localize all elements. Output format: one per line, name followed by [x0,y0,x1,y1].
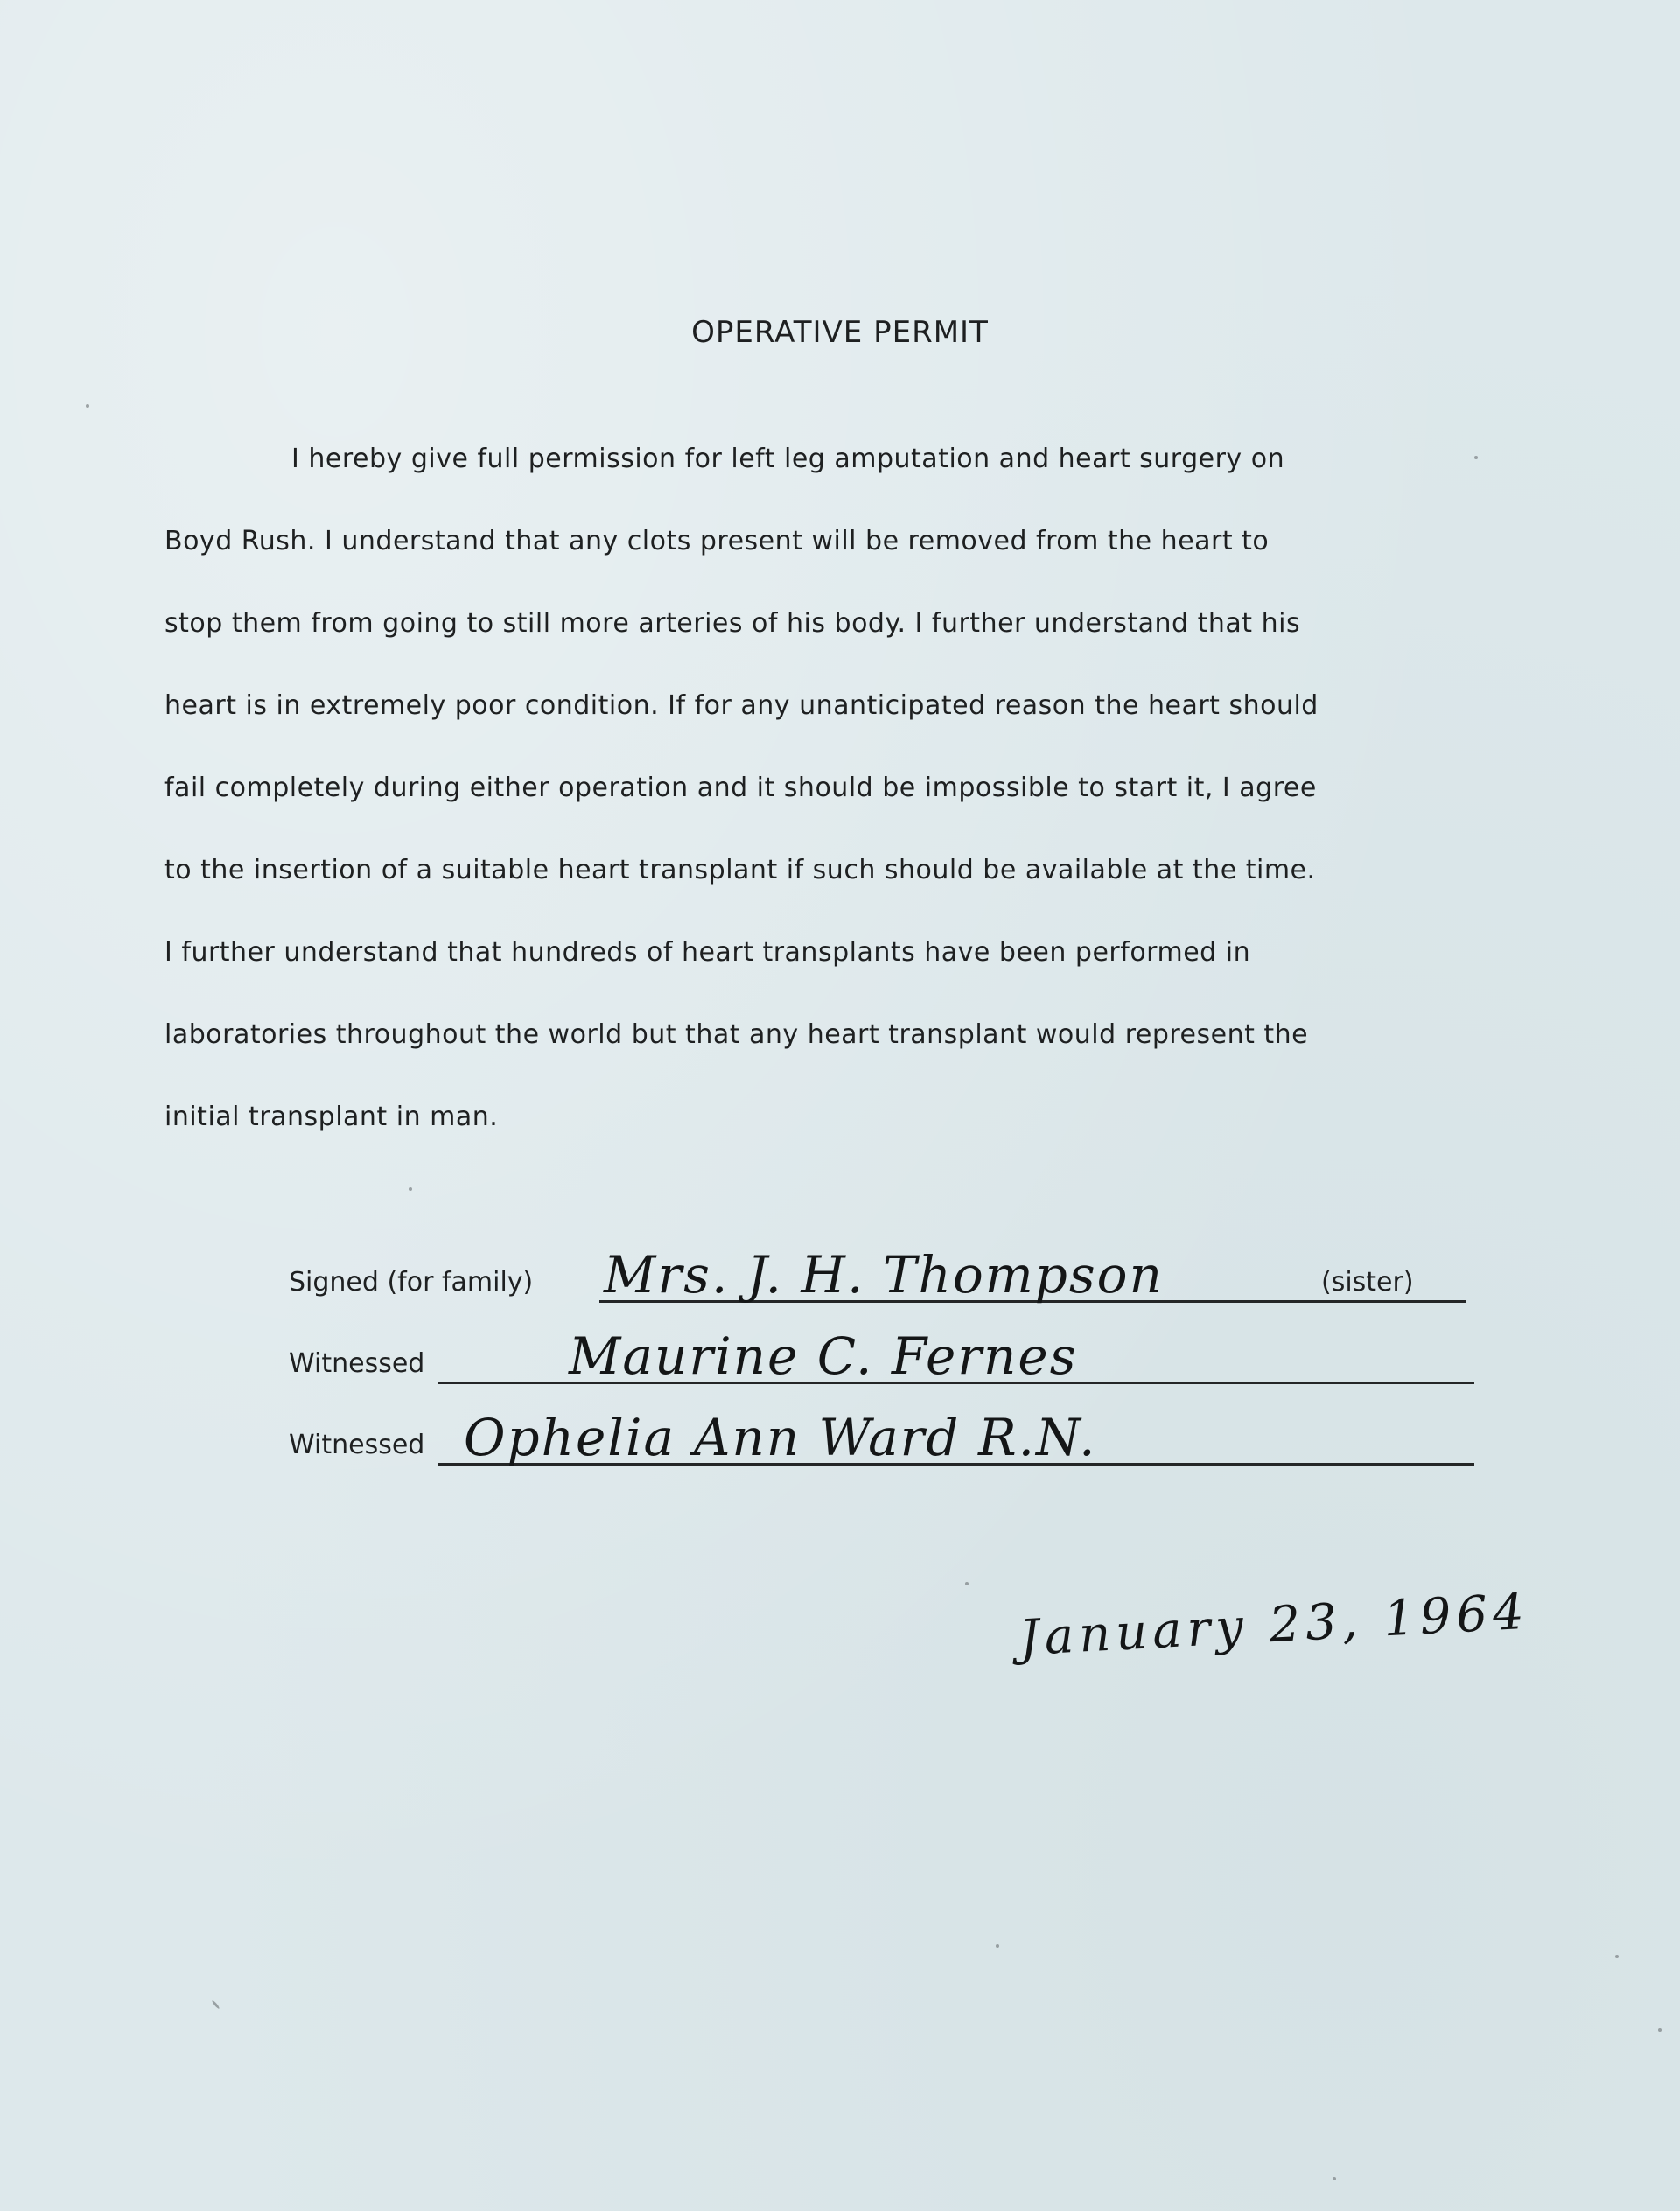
handwritten-date: January 23, 1964 [1018,1584,1531,1667]
body-line: laboratories throughout the world but th… [164,1013,1529,1095]
handwritten-signature: Ophelia Ann Ward R.N. [464,1408,1097,1467]
paper-speck [996,1944,999,1948]
body-line: heart is in extremely poor condition. If… [164,684,1529,766]
document-title: OPERATIVE PERMIT [0,315,1680,350]
signature-label: Witnessed [289,1348,424,1379]
paper-speck [86,404,89,408]
body-line: fail completely during either operation … [164,766,1529,849]
paper-speck [409,1187,412,1191]
signature-block: Signed (for family) Mrs. J. H. Thompson … [289,1234,1470,1478]
paper-speck [1658,2028,1662,2032]
body-line: to the insertion of a suitable heart tra… [164,849,1529,931]
permit-body: I hereby give full permission for left l… [164,437,1529,1178]
body-line: I hereby give full permission for left l… [164,437,1529,520]
handwritten-signature: Mrs. J. H. Thompson [604,1245,1164,1305]
signature-row-witness-2: Witnessed Ophelia Ann Ward R.N. [289,1396,1470,1478]
body-line: I further understand that hundreds of he… [164,931,1529,1013]
body-line: initial transplant in man. [164,1095,1529,1178]
signature-row-witness-1: Witnessed Maurine C. Fernes [289,1315,1470,1396]
paper-speck [1474,456,1478,459]
signature-suffix: (sister) [1321,1267,1414,1298]
paper-speck [965,1582,969,1585]
document-page: OPERATIVE PERMIT I hereby give full perm… [0,0,1680,2211]
paper-speck [1615,1955,1619,1958]
signature-row-family: Signed (for family) Mrs. J. H. Thompson … [289,1234,1470,1315]
paper-speck [211,1999,220,2009]
signature-label: Signed (for family) [289,1267,533,1298]
handwritten-signature: Maurine C. Fernes [569,1326,1077,1386]
signature-label: Witnessed [289,1430,424,1460]
paper-speck [1333,2177,1336,2180]
body-line: Boyd Rush. I understand that any clots p… [164,520,1529,602]
body-line: stop them from going to still more arter… [164,602,1529,684]
